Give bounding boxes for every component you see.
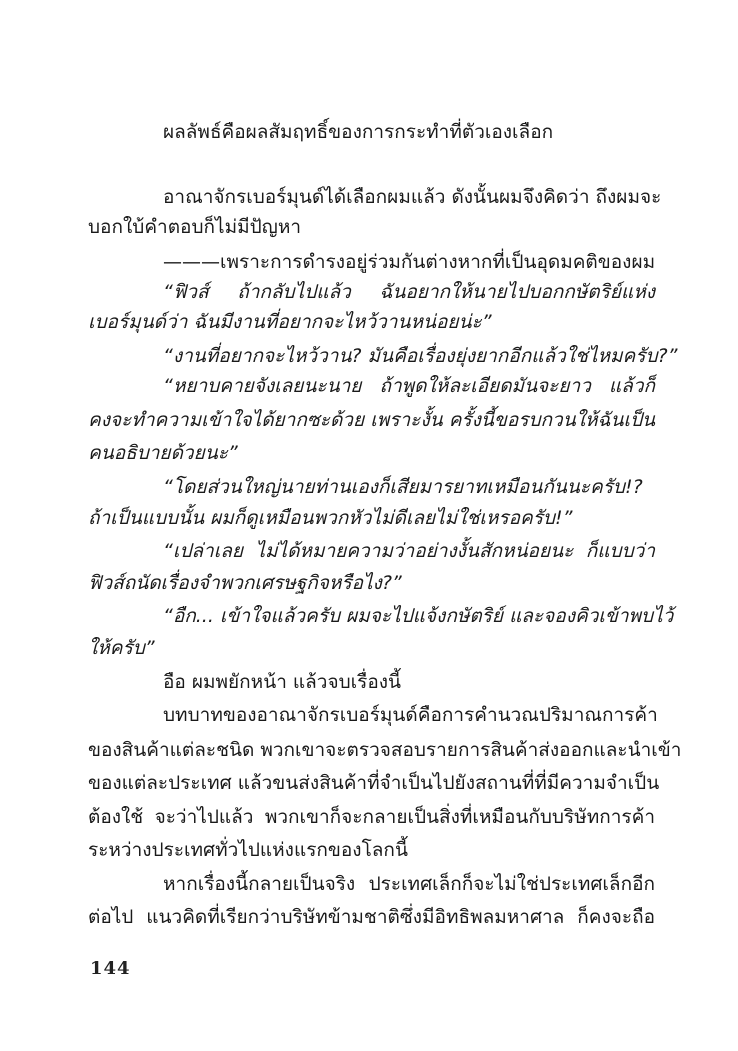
dialogue-line: คนอธิบายด้วยนะ” [88, 438, 238, 468]
text-line: ของสินค้าแต่ละชนิด พวกเขาจะตรวจสอบรายการ… [88, 735, 655, 765]
book-page: ผลลัพธ์คือผลสัมฤทธิ์ของการกระทำที่ตัวเอง… [0, 0, 738, 1051]
dialogue-line: ให้ครับ” [88, 633, 155, 663]
text-line: ต่อไป แนวคิดที่เรียกว่าบริษัทข้ามชาติซึ่… [88, 902, 655, 932]
text-line: บทบาทของอาณาจักรเบอร์มุนด์คือการคำนวณปริ… [163, 700, 655, 730]
section-heading-line: ผลลัพธ์คือผลสัมฤทธิ์ของการกระทำที่ตัวเอง… [163, 117, 553, 147]
dialogue-line: “งานที่อยากจะไหว้วาน? มันคือเรื่องยุ่งยา… [163, 341, 677, 371]
text-line: อือ ผมพยักหน้า แล้วจบเรื่องนี้ [163, 667, 401, 697]
dialogue-line: “โดยส่วนใหญ่นายท่านเองก็เสียมารยาทเหมือน… [163, 472, 643, 502]
text-line: บอกใบ้คำตอบก็ไม่มีปัญหา [88, 212, 301, 242]
text-line: ระหว่างประเทศทั่วไปแห่งแรกของโลกนี้ [88, 835, 408, 865]
text-line: อาณาจักรเบอร์มุนด์ได้เลือกผมแล้ว ดังนั้น… [163, 182, 655, 212]
page-number: 144 [90, 958, 131, 979]
dialogue-line: คงจะทำความเข้าใจได้ยากซะด้วย เพราะงั้น ค… [88, 405, 655, 435]
dialogue-line: “อืก... เข้าใจแล้วครับ ผมจะไปแจ้งกษัตริย… [163, 601, 655, 631]
dialogue-line: “ฟิวส์ ถ้ากลับไปแล้ว ฉันอยากให้นายไปบอกก… [163, 277, 655, 307]
text-line: ———เพราะการดำรงอยู่ร่วมกันต่างหากที่เป็น… [163, 247, 655, 277]
dialogue-line: ฟิวส์ถนัดเรื่องจำพวกเศรษฐกิจหรือไง?” [88, 568, 402, 598]
dialogue-line: “เปล่าเลย ไม่ได้หมายความว่าอย่างงั้นสักห… [163, 536, 655, 566]
text-line: หากเรื่องนี้กลายเป็นจริง ประเทศเล็กก็จะไ… [163, 869, 655, 899]
dialogue-line: ถ้าเป็นแบบนั้น ผมก็ดูเหมือนพวกหัวไม่ดีเล… [88, 503, 572, 533]
text-line: ต้องใช้ จะว่าไปแล้ว พวกเขาก็จะกลายเป็นสิ… [88, 802, 655, 832]
dialogue-line: เบอร์มุนด์ว่า ฉันมีงานที่อยากจะไหว้วานหน… [88, 307, 492, 337]
text-line: ของแต่ละประเทศ แล้วขนส่งสินค้าที่จำเป็นไ… [88, 768, 655, 798]
dialogue-line: “หยาบคายจังเลยนะนาย ถ้าพูดให้ละเอียดมันจ… [163, 371, 655, 401]
